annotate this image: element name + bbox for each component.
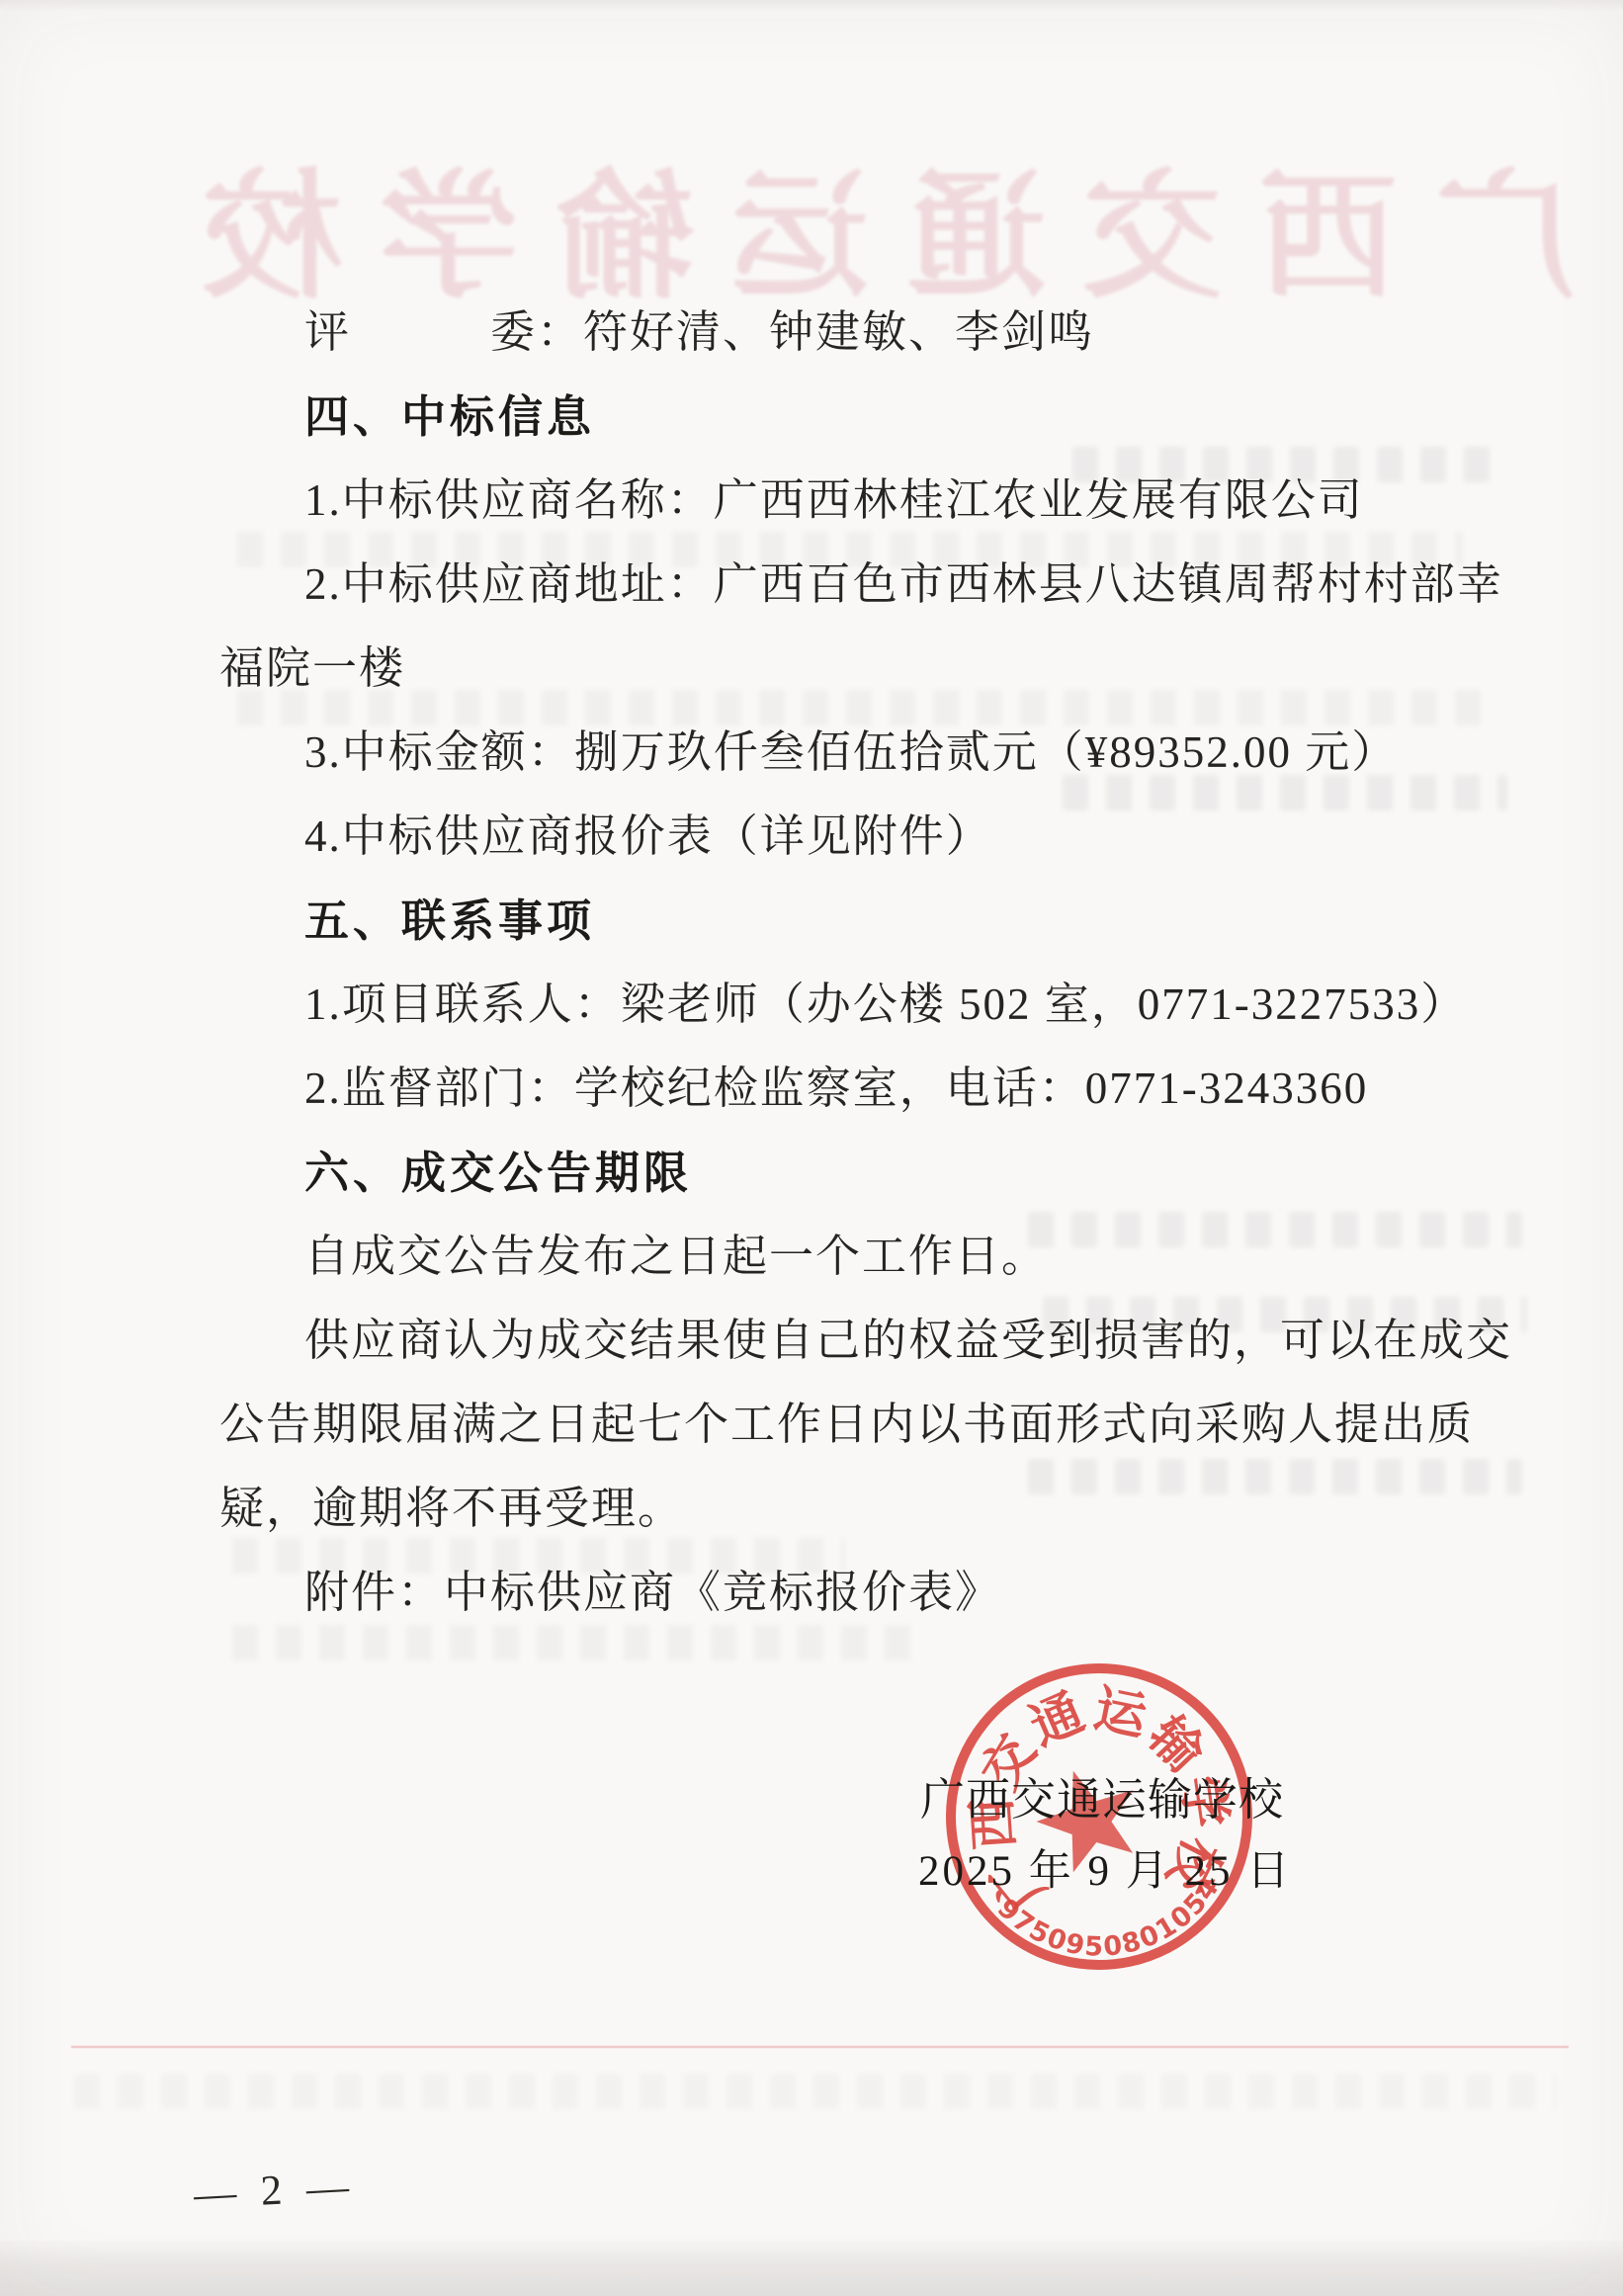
line-award-amount: 3.中标金额：捌万玖仟叁佰伍拾贰元（¥89352.00 元） xyxy=(219,711,1534,795)
bleedthrough-footer-rule xyxy=(71,2046,1569,2048)
seal-code-digit: 0 xyxy=(1102,1930,1124,1963)
line-objection-1: 供应商认为成交结果使自己的权益受到损害的，可以在成交 xyxy=(219,1299,1534,1383)
section-heading-notice-period: 六、成交公告期限 xyxy=(219,1131,1534,1215)
line-notice-period: 自成交公告发布之日起一个工作日。 xyxy=(219,1215,1534,1299)
signature-org: 广西交通运输学校 xyxy=(920,1763,1284,1828)
scan-top-edge xyxy=(0,0,1623,12)
attachment-line: 附件：中标供应商《竞标报价表》 xyxy=(219,1551,1534,1635)
line-contact-person: 1.项目联系人：梁老师（办公楼 502 室，0771-3227533） xyxy=(219,963,1534,1047)
committee-line: 评 委：符好清、钟建敏、李剑鸣 xyxy=(219,291,1534,375)
section-heading-contact: 五、联系事项 xyxy=(219,879,1534,963)
bleedthrough-footer-strip xyxy=(74,2074,1557,2109)
seal-code-digit: 5 xyxy=(1084,1931,1104,1963)
line-supplier-address: 2.中标供应商地址：广西百色市西林县八达镇周帮村村部幸 xyxy=(219,543,1534,627)
scan-bottom-edge xyxy=(0,2241,1623,2296)
seal-ring-char: 通 xyxy=(1022,1684,1091,1756)
page-number: — 2 — xyxy=(193,2163,357,2220)
line-supplier-address-cont: 福院一楼 xyxy=(219,627,1534,711)
letterhead-bleedthrough-watermark: 广西交通运输学校 xyxy=(150,127,1574,295)
line-supplier-name: 1.中标供应商名称：广西西林桂江农业发展有限公司 xyxy=(219,459,1534,543)
line-objection-2: 公告期限届满之日起七个工作日内以书面形式向采购人提出质 xyxy=(219,1383,1534,1467)
signature-date: 2025 年 9 月 25 日 xyxy=(918,1837,1292,1898)
seal-ring-char: 运 xyxy=(1089,1681,1152,1746)
section-heading-award-info: 四、中标信息 xyxy=(219,375,1534,459)
scanned-document-page: { "page": { "watermark": "广西交通运输学校", "pa… xyxy=(0,0,1623,2296)
line-objection-3: 疑，逾期将不再受理。 xyxy=(219,1467,1534,1551)
line-quote-table: 4.中标供应商报价表（详见附件） xyxy=(219,795,1534,879)
line-supervision-dept: 2.监督部门：学校纪检监察室，电话：0771-3243360 xyxy=(219,1047,1534,1131)
document-body: 评 委：符好清、钟建敏、李剑鸣 四、中标信息 1.中标供应商名称：广西西林桂江农… xyxy=(219,291,1534,1635)
